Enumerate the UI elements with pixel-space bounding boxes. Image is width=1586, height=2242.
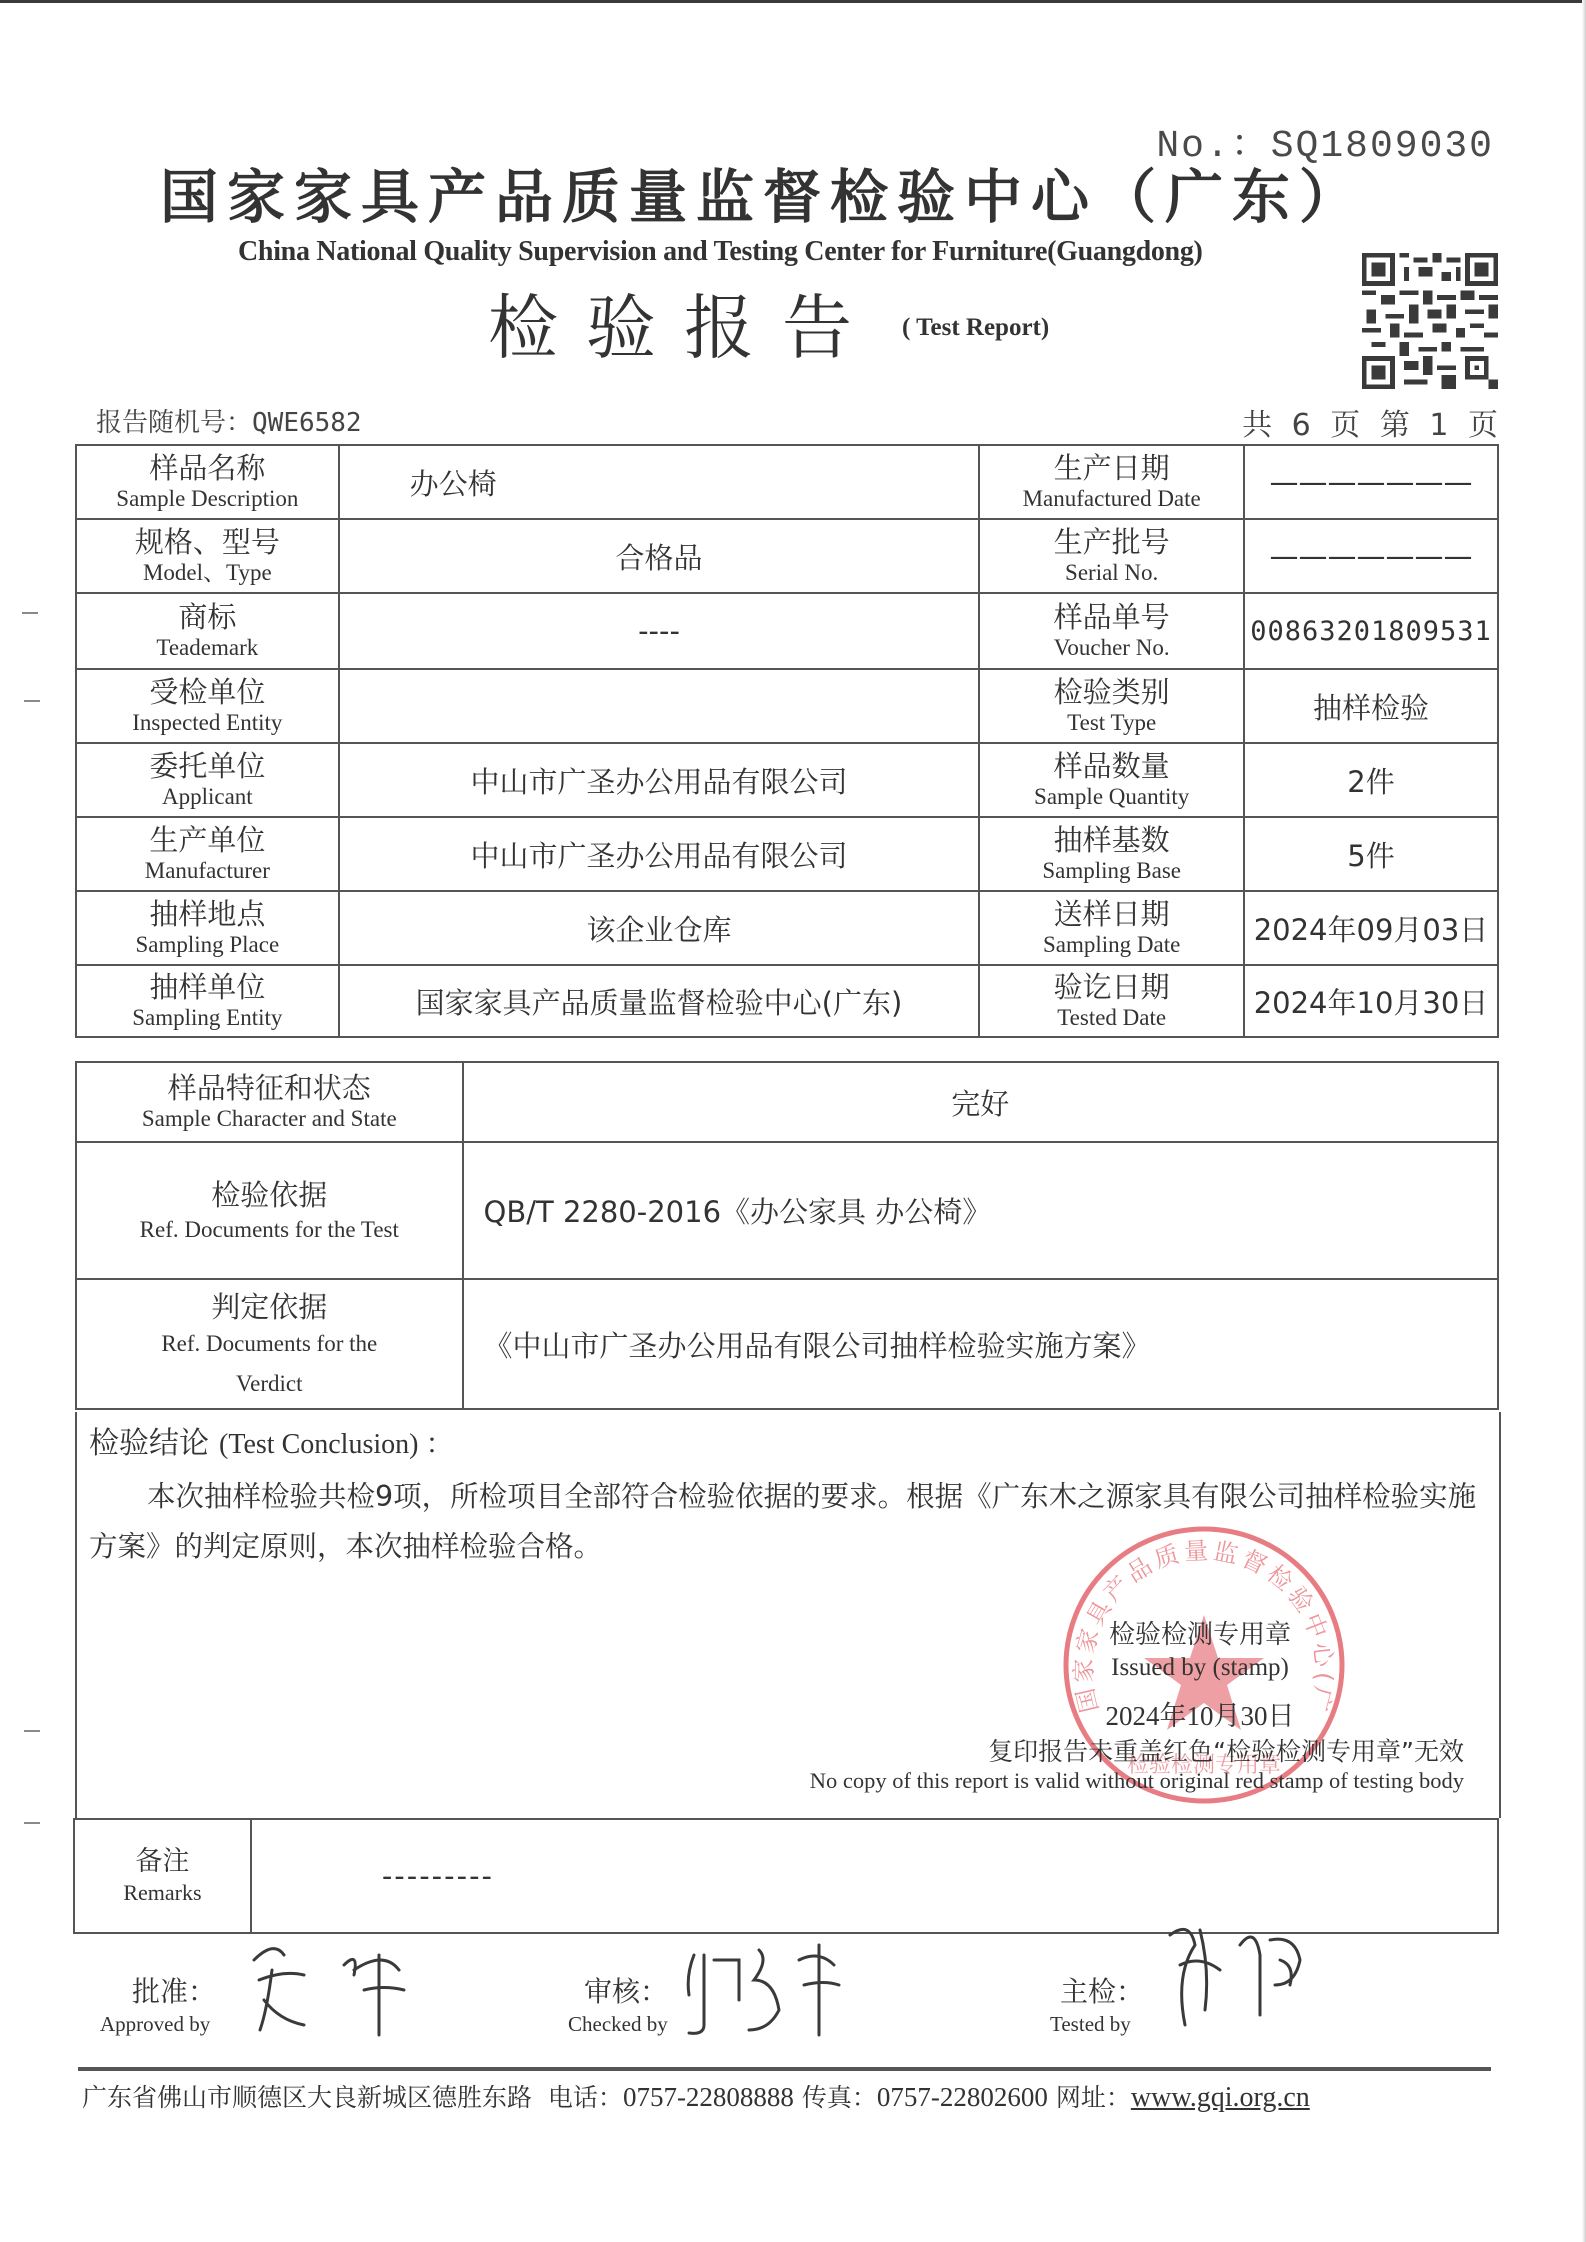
stamp-label-cn: 检验检测专用章 [1000,1614,1400,1651]
footer-divider [78,2067,1491,2071]
field-value: 合格品 [339,519,980,593]
signature-checked: 审核： Checked by [564,1930,904,2040]
field-value: 中山市广圣办公用品有限公司 [339,817,980,891]
footer-website-link[interactable]: www.gqi.org.cn [1131,2082,1310,2113]
field-value [339,669,980,743]
info-row: 样品名称Sample Description办公椅生产日期Manufacture… [76,445,1498,519]
margin-mark [24,1822,40,1824]
field-label: 抽样地点Sampling Place [76,891,339,965]
field-value: 2件 [1244,743,1498,817]
field-value: 2024年10月30日 [1244,965,1498,1037]
field-label: 验讫日期Tested Date [979,965,1244,1037]
margin-mark [24,700,40,702]
page-right-edge [1582,0,1586,2242]
field-label: 生产批号Serial No. [979,519,1244,593]
field-label: 样品数量Sample Quantity [979,743,1244,817]
handwritten-signature-icon [679,1930,859,2040]
field-label: 生产单位Manufacturer [76,817,339,891]
value-character-state: 完好 [463,1062,1498,1142]
info-row: 抽样单位Sampling Entity国家家具产品质量监督检验中心(广东)验讫日… [76,965,1498,1037]
margin-mark [22,612,38,614]
field-value: 办公椅 [339,445,980,519]
info-row: 委托单位Applicant中山市广圣办公用品有限公司样品数量Sample Qua… [76,743,1498,817]
footer-phone: 0757-22808888 [623,2082,794,2112]
stamp-date: 2024年10月30日 [1000,1694,1400,1733]
label-ref-verdict: 判定依据 Ref. Documents for the Verdict [76,1279,463,1409]
value-ref-verdict: 《中山市广圣办公用品有限公司抽样检验实施方案》 [463,1279,1498,1409]
doc-title-en: ( Test Report) [902,314,1049,342]
handwritten-signature-icon [1150,1905,1350,2035]
field-label: 生产日期Manufactured Date [979,445,1244,519]
row-ref-verdict: 判定依据 Ref. Documents for the Verdict 《中山市… [76,1279,1498,1409]
row-ref-test: 检验依据 Ref. Documents for the Test QB/T 22… [76,1142,1498,1279]
value-ref-test: QB/T 2280-2016《办公家具 办公椅》 [463,1142,1498,1279]
field-value: 该企业仓库 [339,891,980,965]
doc-title-cn: 检验报告 [488,272,880,373]
no-copy-notice-en: No copy of this report is valid without … [810,1768,1464,1794]
detail-table: 样品特征和状态 Sample Character and State 完好 检验… [75,1061,1499,1410]
row-character-state: 样品特征和状态 Sample Character and State 完好 [76,1062,1498,1142]
random-no-label: 报告随机号： [96,408,252,438]
org-name-cn: 国家家具产品质量监督检验中心（广东） [160,150,1366,234]
field-label: 委托单位Applicant [76,743,339,817]
footer-contact: 广东省佛山市顺德区大良新城区德胜东路 电话：0757-22808888 传真：0… [82,2078,1310,2114]
no-copy-notice-cn: 复印报告未重盖红色“检验检测专用章”无效 [988,1732,1464,1768]
field-value: 抽样检验 [1244,669,1498,743]
field-label: 样品单号Voucher No. [979,593,1244,669]
info-row: 规格、型号Model、Type合格品生产批号Serial No.——————— [76,519,1498,593]
field-value: 2024年09月03日 [1244,891,1498,965]
margin-mark [24,1730,40,1732]
qr-code-icon[interactable] [1362,253,1498,389]
info-table: 样品名称Sample Description办公椅生产日期Manufacture… [75,444,1499,1038]
page-top-edge [0,0,1586,3]
remarks-label: 备注 Remarks [74,1819,251,1933]
field-label: 样品名称Sample Description [76,445,339,519]
info-row: 受检单位Inspected Entity检验类别Test Type抽样检验 [76,669,1498,743]
field-value: ---- [339,593,980,669]
field-label: 商标Teademark [76,593,339,669]
field-value: 00863201809531 [1244,593,1498,669]
field-value: 5件 [1244,817,1498,891]
info-row: 生产单位Manufacturer中山市广圣办公用品有限公司抽样基数Samplin… [76,817,1498,891]
field-value: ——————— [1244,445,1498,519]
field-value: 国家家具产品质量监督检验中心(广东) [339,965,980,1037]
info-row: 商标Teademark----样品单号Voucher No.0086320180… [76,593,1498,669]
page-info: 共 6 页 第 1 页 [1242,400,1498,444]
footer-fax: 0757-22802600 [877,2082,1048,2112]
conclusion-title: 检验结论(Test Conclusion) ： [89,1418,453,1462]
field-label: 抽样单位Sampling Entity [76,965,339,1037]
field-label: 抽样基数Sampling Base [979,817,1244,891]
signature-approved: 批准： Approved by [94,1930,434,2040]
random-no-value: QWE6582 [252,408,362,438]
field-value: 中山市广圣办公用品有限公司 [339,743,980,817]
label-ref-test: 检验依据 Ref. Documents for the Test [76,1142,463,1279]
field-value: ——————— [1244,519,1498,593]
label-character-state: 样品特征和状态 Sample Character and State [76,1062,463,1142]
field-label: 受检单位Inspected Entity [76,669,339,743]
org-name-en: China National Quality Supervision and T… [238,236,1203,268]
field-label: 送样日期Sampling Date [979,891,1244,965]
stamp-label-en: Issued by (stamp) [1000,1654,1400,1682]
signature-tested: 主检： Tested by [1060,1930,1400,2040]
handwritten-signature-icon [244,1930,424,2040]
field-label: 检验类别Test Type [979,669,1244,743]
footer-address: 广东省佛山市顺德区大良新城区德胜东路 [82,2083,532,2112]
report-random-number: 报告随机号：QWE6582 [96,402,362,439]
field-label: 规格、型号Model、Type [76,519,339,593]
info-row: 抽样地点Sampling Place该企业仓库送样日期Sampling Date… [76,891,1498,965]
